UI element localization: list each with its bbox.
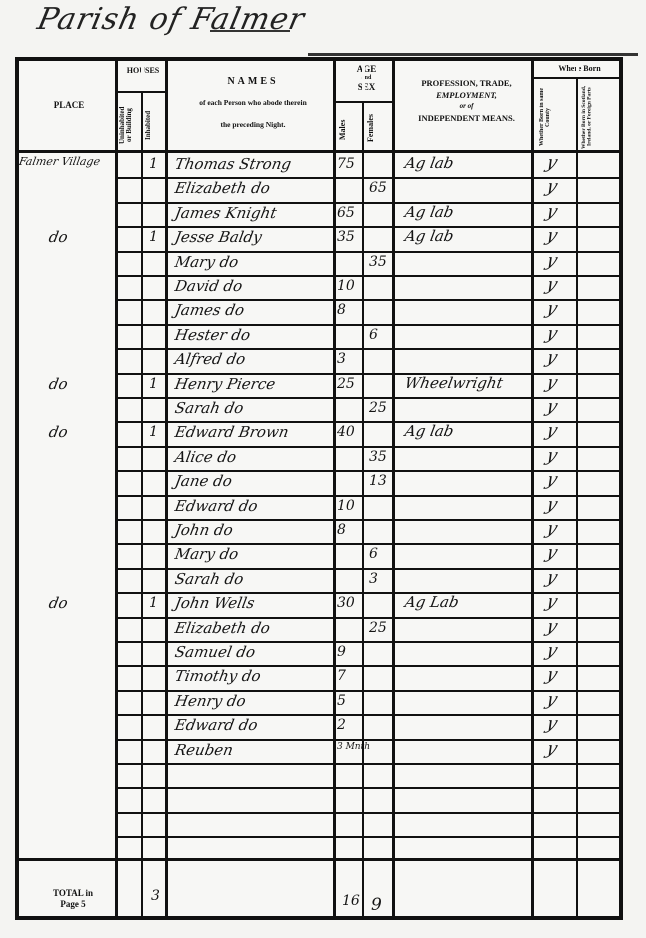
header-born-elsewhere: Whether Born in Scotland, Ireland, or Fo… [582,85,620,149]
parish-underline [210,30,290,32]
header-houses-uninhabited: Uninhabited or Building [119,103,139,147]
row-name: James do [173,301,245,319]
row-rule [115,543,619,545]
row-rule [115,787,619,789]
row-born-same-county: y [543,421,560,441]
row-name: James Knight [173,204,278,222]
row-born-same-county: y [543,470,560,490]
row-inhabited: 1 [149,424,158,440]
row-name: Edward Brown [173,423,290,441]
row-male: 7 [337,668,346,684]
row-rule [115,421,619,423]
row-rule [115,812,619,814]
row-rule [115,739,619,741]
header-profession-l1: PROFESSION, TRADE, [397,79,536,88]
row-male: 2 [337,717,346,733]
row-born-same-county: y [543,568,560,588]
row-male: 3 [337,351,346,367]
row-born-same-county: y [543,665,560,685]
row-male: 5 [337,693,346,709]
row-rule [115,665,619,667]
total-inhabited: 3 [151,888,160,904]
header-place: PLACE [29,101,109,110]
row-name: Elizabeth do [173,619,271,637]
row-male: 40 [337,424,355,440]
row-born-same-county: y [543,226,560,246]
header-born-same-county: Whether Born in same County [539,85,577,149]
row-female: 35 [369,254,387,270]
row-rule [115,568,619,570]
row-rule [115,299,619,301]
total-row-rule [19,858,619,861]
row-born-same-county: y [543,373,560,393]
row-rule [115,324,619,326]
total-females: 9 [371,895,382,915]
row-name: David do [173,277,243,295]
mask [362,61,365,101]
row-rule [115,592,619,594]
row-rule [115,202,619,204]
row-born-same-county: y [543,543,560,563]
row-born-same-county: y [543,251,560,271]
row-female: 25 [369,400,387,416]
header-profession-l3: or of [397,103,536,110]
row-born-same-county: y [543,739,560,759]
row-male: 75 [337,156,355,172]
header-age-line1: AGE [337,65,396,74]
row-female: 13 [369,473,387,489]
row-inhabited: 1 [149,595,158,611]
row-name: Thomas Strong [173,155,292,173]
row-name: Sarah do [173,570,245,588]
row-born-same-county: y [543,446,560,466]
row-rule [115,617,619,619]
header-age-line3: SEX [337,83,396,92]
row-name: Henry do [173,692,247,710]
page-top-rule [308,53,638,56]
header-where-born: Where Born [536,65,623,73]
header-houses-inhabited: Inhabited [145,103,163,147]
row-rule [115,251,619,253]
row-rule [115,690,619,692]
row-born-same-county: y [543,202,560,222]
row-name: John do [173,521,234,539]
row-name: Timothy do [173,667,262,685]
row-born-same-county: y [543,495,560,515]
row-name: Edward do [173,497,259,515]
row-name: Reuben [173,741,234,759]
row-profession: Ag lab [403,154,455,172]
row-name: Alice do [173,448,237,466]
row-born-same-county: y [543,617,560,637]
row-rule [115,177,619,179]
where-born-header-rule [531,77,623,79]
row-rule [115,446,619,448]
row-place: do [47,594,69,612]
header-names-sub2: the preceding Night. [169,121,337,129]
row-rule [115,495,619,497]
header-profession-l4: INDEPENDENT MEANS. [397,114,536,123]
row-place: do [47,423,69,441]
header-females: Females [367,107,393,149]
row-born-same-county: y [543,592,560,612]
row-name: Jane do [173,472,233,490]
row-profession: Ag lab [403,227,455,245]
row-name: John Wells [173,594,256,612]
row-profession: Ag lab [403,422,455,440]
row-female: 3 [369,571,378,587]
row-born-same-county: y [543,299,560,319]
row-name: Sarah do [173,399,245,417]
row-born-same-county: y [543,324,560,344]
row-male: 9 [337,644,346,660]
row-name: Elizabeth do [173,179,271,197]
row-rule [115,275,619,277]
row-female: 35 [369,449,387,465]
row-name: Mary do [173,253,240,271]
row-born-same-county: y [543,641,560,661]
header-bottom-rule [19,150,619,153]
mask [141,61,144,91]
header-males: Males [339,111,363,149]
row-rule [115,641,619,643]
row-profession: Wheelwright [403,374,504,392]
age-header-rule [333,101,395,103]
row-inhabited: 1 [149,156,158,172]
row-female: 65 [369,180,387,196]
total-label-line1: TOTAL in [33,889,113,898]
row-born-same-county: y [543,397,560,417]
row-profession: Ag Lab [403,593,460,611]
houses-header-rule [115,91,168,93]
row-born-same-county: y [543,177,560,197]
row-male: 8 [337,302,346,318]
row-born-same-county: y [543,690,560,710]
total-males: 16 [342,893,360,909]
row-profession: Ag lab [403,203,455,221]
row-inhabited: 1 [149,376,158,392]
row-rule [115,836,619,838]
row-rule [115,373,619,375]
row-place: Falmer Village [18,155,101,168]
row-born-same-county: y [543,714,560,734]
row-male: 8 [337,522,346,538]
row-female: 6 [369,546,378,562]
row-name: Jesse Baldy [173,228,263,246]
row-inhabited: 1 [149,229,158,245]
row-rule [115,348,619,350]
row-name: Samuel do [173,643,256,661]
row-female: 25 [369,620,387,636]
header-profession-l2: EMPLOYMENT, [397,91,536,100]
row-male: 10 [337,498,355,514]
row-male: 35 [337,229,355,245]
row-name: Hester do [173,326,251,344]
mask [576,61,579,77]
row-place: do [47,228,69,246]
row-male: 25 [337,376,355,392]
row-name: Alfred do [173,350,246,368]
row-born-same-county: y [543,519,560,539]
row-name: Mary do [173,545,240,563]
row-male: 10 [337,278,355,294]
total-label-line2: Page 5 [33,900,113,909]
header-names-sub1: of each Person who abode therein [169,99,337,107]
row-rule [115,397,619,399]
row-place: do [47,375,69,393]
row-male: 65 [337,205,355,221]
header-age-line2: and [337,75,396,81]
row-rule [115,714,619,716]
row-rule [115,519,619,521]
header-names-title: NAMES [169,77,337,88]
row-name: Henry Pierce [173,375,276,393]
row-rule [115,226,619,228]
row-rule [115,763,619,765]
row-male: 30 [337,595,355,611]
row-name: Edward do [173,716,259,734]
row-female: 6 [369,327,378,343]
row-born-same-county: y [543,275,560,295]
row-male: 3 Mnth [337,742,370,752]
row-born-same-county: y [543,348,560,368]
row-rule [115,470,619,472]
row-born-same-county: y [543,153,560,173]
census-table: PLACE HOUSES Uninhabited or Building Inh… [15,57,623,920]
